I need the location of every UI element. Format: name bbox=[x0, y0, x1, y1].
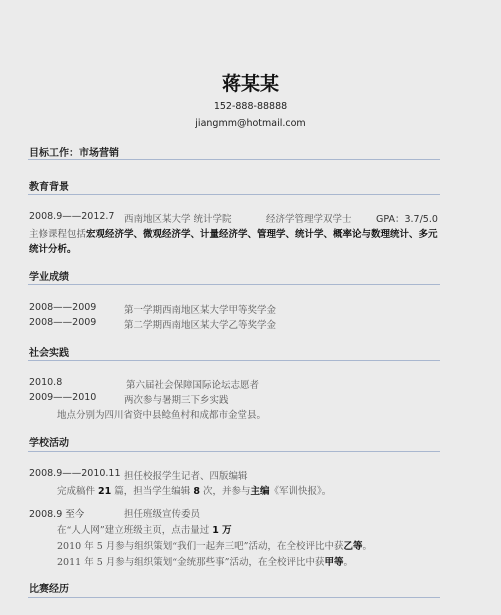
activities-heading: 学校活动 bbox=[29, 434, 69, 449]
resume-page: 蒋某某 152-888-88888 jiangmm@hotmail.com 目标… bbox=[0, 0, 501, 615]
education-heading: 教育背景 bbox=[29, 178, 69, 193]
social-activity: 两次参与暑期三下乡实践 bbox=[124, 392, 229, 406]
education-period: 2008.9——2012.7 bbox=[29, 211, 114, 222]
social-heading: 社会实践 bbox=[29, 344, 69, 359]
education-school: 西南地区某大学 统计学院 bbox=[124, 211, 232, 225]
section-divider bbox=[28, 194, 440, 195]
activity-detail: 2011 年 5 月参与组织策划“金统那些事”活动，在全校评比中获甲等。 bbox=[57, 554, 353, 568]
phone-number: 152-888-88888 bbox=[0, 101, 501, 112]
academic-period: 2008——2009 bbox=[29, 317, 96, 328]
section-divider bbox=[28, 360, 440, 361]
courses-list-cont: 统计分析。 bbox=[29, 241, 77, 255]
social-period: 2010.8 bbox=[29, 377, 62, 388]
social-detail: 地点分别为四川省资中县鲶鱼村和成都市金堂县。 bbox=[57, 407, 266, 421]
education-row: 2008.9——2012.7 bbox=[29, 211, 114, 222]
education-gpa: GPA：3.7/5.0 bbox=[376, 211, 438, 225]
detail-text: 《军训快报》。 bbox=[269, 486, 331, 497]
email-address: jiangmm@hotmail.com bbox=[0, 118, 501, 129]
social-period: 2009——2010 bbox=[29, 392, 96, 403]
activity-role: 担任班级宣传委员 bbox=[124, 506, 200, 520]
education-degree: 经济学管理学双学士 bbox=[266, 211, 352, 225]
activity-detail: 在“人人网”建立班级主页，点击量过 1 万 bbox=[57, 522, 232, 536]
detail-number: 1 万 bbox=[212, 525, 231, 536]
detail-text: 在“人人网”建立班级主页，点击量过 bbox=[57, 525, 212, 536]
activity-detail: 2010 年 5 月参与组织策划“我们一起奔三吧”活动，在全校评比中获乙等。 bbox=[57, 538, 372, 552]
courses-list: 宏观经济学、微观经济学、计量经济学、管理学、统计学、概率论与数理统计、多元 bbox=[86, 229, 438, 240]
objective-heading: 目标工作：市场营销 bbox=[29, 144, 119, 159]
detail-text: 2010 年 5 月参与组织策划“我们一起奔三吧”活动，在全校评比中获 bbox=[57, 541, 344, 552]
education-courses: 主修课程包括宏观经济学、微观经济学、计量经济学、管理学、统计学、概率论与数理统计… bbox=[29, 226, 438, 240]
activity-period: 2008.9 至今 bbox=[29, 506, 84, 520]
detail-text: 。 bbox=[344, 557, 354, 568]
detail-number: 8 bbox=[193, 486, 200, 497]
activity-detail: 完成稿件 21 篇，担当学生编辑 8 次，并参与主编《军训快报》。 bbox=[57, 483, 331, 497]
competitions-heading: 比赛经历 bbox=[29, 580, 69, 595]
section-divider bbox=[28, 284, 440, 285]
detail-text: 篇，担当学生编辑 bbox=[111, 486, 193, 497]
detail-text: 2011 年 5 月参与组织策划“金统那些事”活动，在全校评比中获 bbox=[57, 557, 325, 568]
detail-number: 21 bbox=[98, 486, 111, 497]
detail-bold: 主编 bbox=[250, 486, 269, 497]
social-activity: 第六届社会保障国际论坛志愿者 bbox=[126, 377, 259, 391]
section-divider bbox=[28, 451, 440, 452]
detail-bold: 乙等 bbox=[344, 541, 363, 552]
section-divider bbox=[28, 159, 440, 160]
activity-role: 担任校报学生记者、四版编辑 bbox=[124, 468, 248, 482]
section-divider bbox=[28, 597, 440, 598]
detail-bold: 甲等 bbox=[325, 557, 344, 568]
detail-text: 。 bbox=[363, 541, 373, 552]
academic-award: 第二学期西南地区某大学乙等奖学金 bbox=[124, 317, 276, 331]
detail-text: 完成稿件 bbox=[57, 486, 98, 497]
activity-period: 2008.9——2010.11 bbox=[29, 468, 121, 479]
academic-heading: 学业成绩 bbox=[29, 268, 69, 283]
academic-period: 2008——2009 bbox=[29, 302, 96, 313]
candidate-name: 蒋某某 bbox=[0, 69, 501, 96]
academic-award: 第一学期西南地区某大学甲等奖学金 bbox=[124, 302, 276, 316]
detail-text: 次，并参与 bbox=[200, 486, 251, 497]
courses-prefix: 主修课程包括 bbox=[29, 229, 86, 240]
